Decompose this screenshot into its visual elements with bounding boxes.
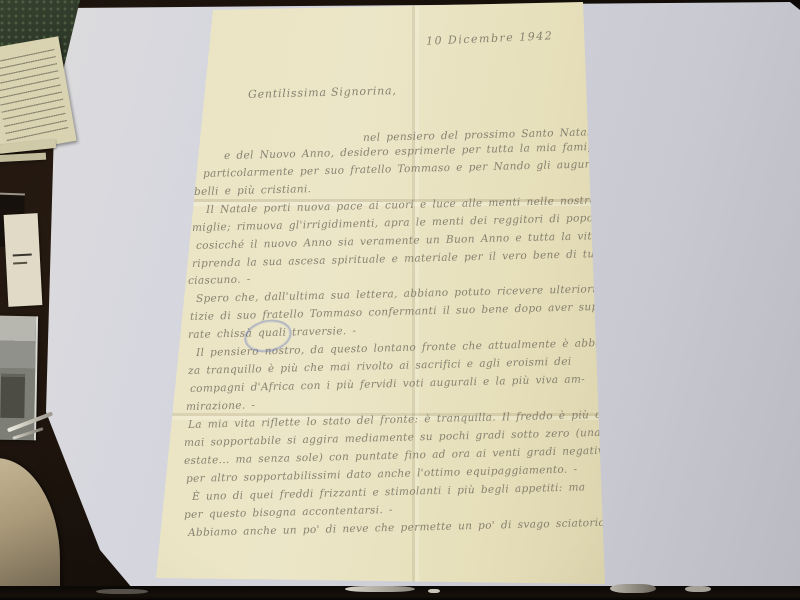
table-edge-shadow bbox=[0, 586, 800, 600]
printed-card bbox=[4, 213, 43, 307]
printed-text-line bbox=[13, 262, 27, 265]
handwritten-line: Abbiamo anche un po' di neve che permett… bbox=[188, 518, 605, 539]
handwritten-line: tizie di suo fratello Tommaso confermant… bbox=[190, 302, 609, 323]
letter-salutation: Gentilissima Signorina, bbox=[248, 84, 397, 101]
handwritten-line: belli e più cristiani. bbox=[194, 184, 312, 197]
handwritten-line: mirazione. - bbox=[186, 400, 256, 412]
paper-edge bbox=[0, 153, 46, 163]
desk-photo-scene: 10 Dicembre 1942 Gentilissima Signorina,… bbox=[0, 0, 800, 600]
table-edge-glint bbox=[96, 589, 148, 594]
letter-date: 10 Dicembre 1942 bbox=[426, 29, 554, 48]
handwritten-letter-sheet: 10 Dicembre 1942 Gentilissima Signorina,… bbox=[148, 0, 610, 592]
table-edge-glint bbox=[685, 586, 711, 592]
table-edge-glint bbox=[428, 589, 440, 593]
handwritten-line: compagni d'Africa con i più fervidi voti… bbox=[190, 374, 585, 394]
handwritten-line: cosicché il nuovo Anno sia veramente un … bbox=[196, 231, 599, 251]
handwritten-line: particolarmente per suo fratello Tommaso… bbox=[203, 159, 618, 180]
handwritten-line: riprenda la sua ascesa spirituale e mate… bbox=[192, 248, 637, 269]
handwritten-line: È uno di quei freddi frizzanti e stimola… bbox=[192, 482, 586, 502]
handwritten-line: ciascuno. - bbox=[188, 274, 251, 286]
photo-building bbox=[0, 374, 25, 418]
postcard-handwriting bbox=[0, 45, 69, 143]
table-edge-glint bbox=[610, 584, 656, 593]
table-edge-glint bbox=[345, 586, 415, 592]
handwritten-line: per altro sopportabilissimi dato anche l… bbox=[186, 464, 578, 484]
handwritten-line: za tranquillo è più che mai rivolto ai s… bbox=[188, 357, 572, 377]
handwritten-line: miglie; rimuova gl'irrigidimenti, apra l… bbox=[192, 213, 601, 233]
handwritten-line: per questo bisogna accontentarsi. - bbox=[184, 505, 393, 521]
tan-folder-edge bbox=[0, 458, 60, 598]
printed-text-line bbox=[13, 254, 32, 257]
